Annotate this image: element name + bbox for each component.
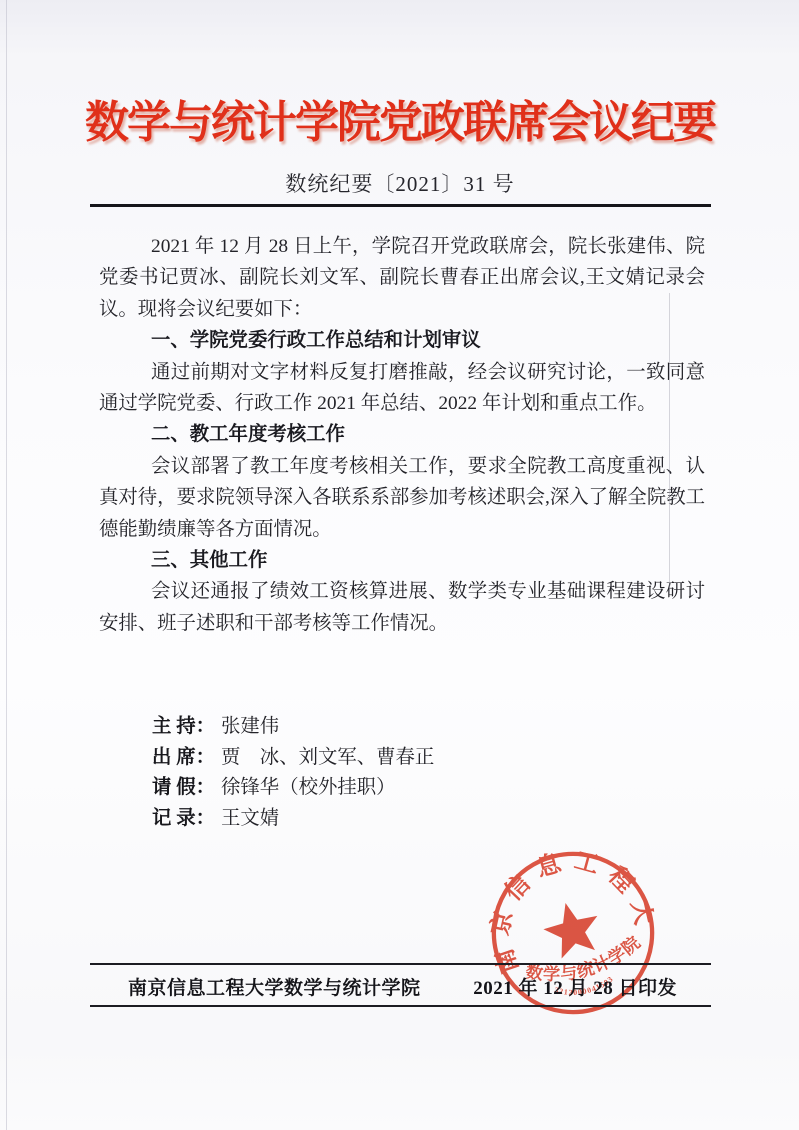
section-3-heading: 三、其他工作 [99,545,705,576]
role-attendees-row: 出 席：贾 冰、刘文军、曹春正 [152,743,672,774]
svg-text:南京信息工程大学: 南京信息工程大学 [487,847,659,982]
footer-rule-bottom [90,1005,711,1007]
seal-university-text: 南京信息工程大学 [487,847,659,982]
role-attendees-label: 出 席： [152,747,215,768]
document-body: 2021 年 12 月 28 日上午，学院召开党政联席会，院长张建伟、院党委书记… [99,231,705,639]
section-2-text: 会议部署了教工年度考核相关工作，要求全院教工高度重视、认真对待，要求院领导深入各… [99,451,705,545]
role-host-row: 主 持：张建伟 [152,712,672,743]
section-1-heading: 一、学院党委行政工作总结和计划审议 [99,325,705,356]
attendance-list: 主 持：张建伟 出 席：贾 冰、刘文军、曹春正 请 假：徐锋华（校外挂职） 记 … [152,712,672,835]
role-host-value: 张建伟 [221,716,279,737]
role-attendees-value: 贾 冰、刘文军、曹春正 [221,747,434,768]
footer-row: 南京信息工程大学数学与统计学院 2021 年 12 月 28 日印发 [90,972,711,1000]
scan-edge-artifact [6,0,7,1130]
role-recorder-row: 记 录：王文婧 [152,804,672,835]
document-title: 数学与统计学院党政联席会议纪要 [45,94,755,152]
section-3-text: 会议还通报了绩效工资核算进展、数学类专业基础课程建设研讨安排、班子述职和干部考核… [99,576,705,639]
scan-line-artifact [669,293,670,593]
role-leave-value: 徐锋华（校外挂职） [221,777,396,798]
role-leave-row: 请 假：徐锋华（校外挂职） [152,773,672,804]
role-host-label: 主 持： [152,716,215,737]
footer-issuer: 南京信息工程大学数学与统计学院 [128,973,421,1000]
role-recorder-value: 王文婧 [221,808,279,829]
title-divider-rule [90,204,711,207]
intro-paragraph: 2021 年 12 月 28 日上午，学院召开党政联席会，院长张建伟、院党委书记… [99,231,705,325]
document-page: 数学与统计学院党政联席会议纪要 数统纪要〔2021〕31 号 2021 年 12… [0,0,799,1130]
role-leave-label: 请 假： [152,777,215,798]
seal-star-icon [539,896,606,961]
footer-rule-top [90,963,711,965]
section-1-text: 通过前期对文字材料反复打磨推敲，经会议研究讨论，一致同意通过学院党委、行政工作 … [99,357,705,420]
footer-print-date: 2021 年 12 月 28 日印发 [473,973,677,1000]
section-2-heading: 二、教工年度考核工作 [99,419,705,450]
document-number: 数统纪要〔2021〕31 号 [45,170,755,198]
role-recorder-label: 记 录： [152,808,215,829]
